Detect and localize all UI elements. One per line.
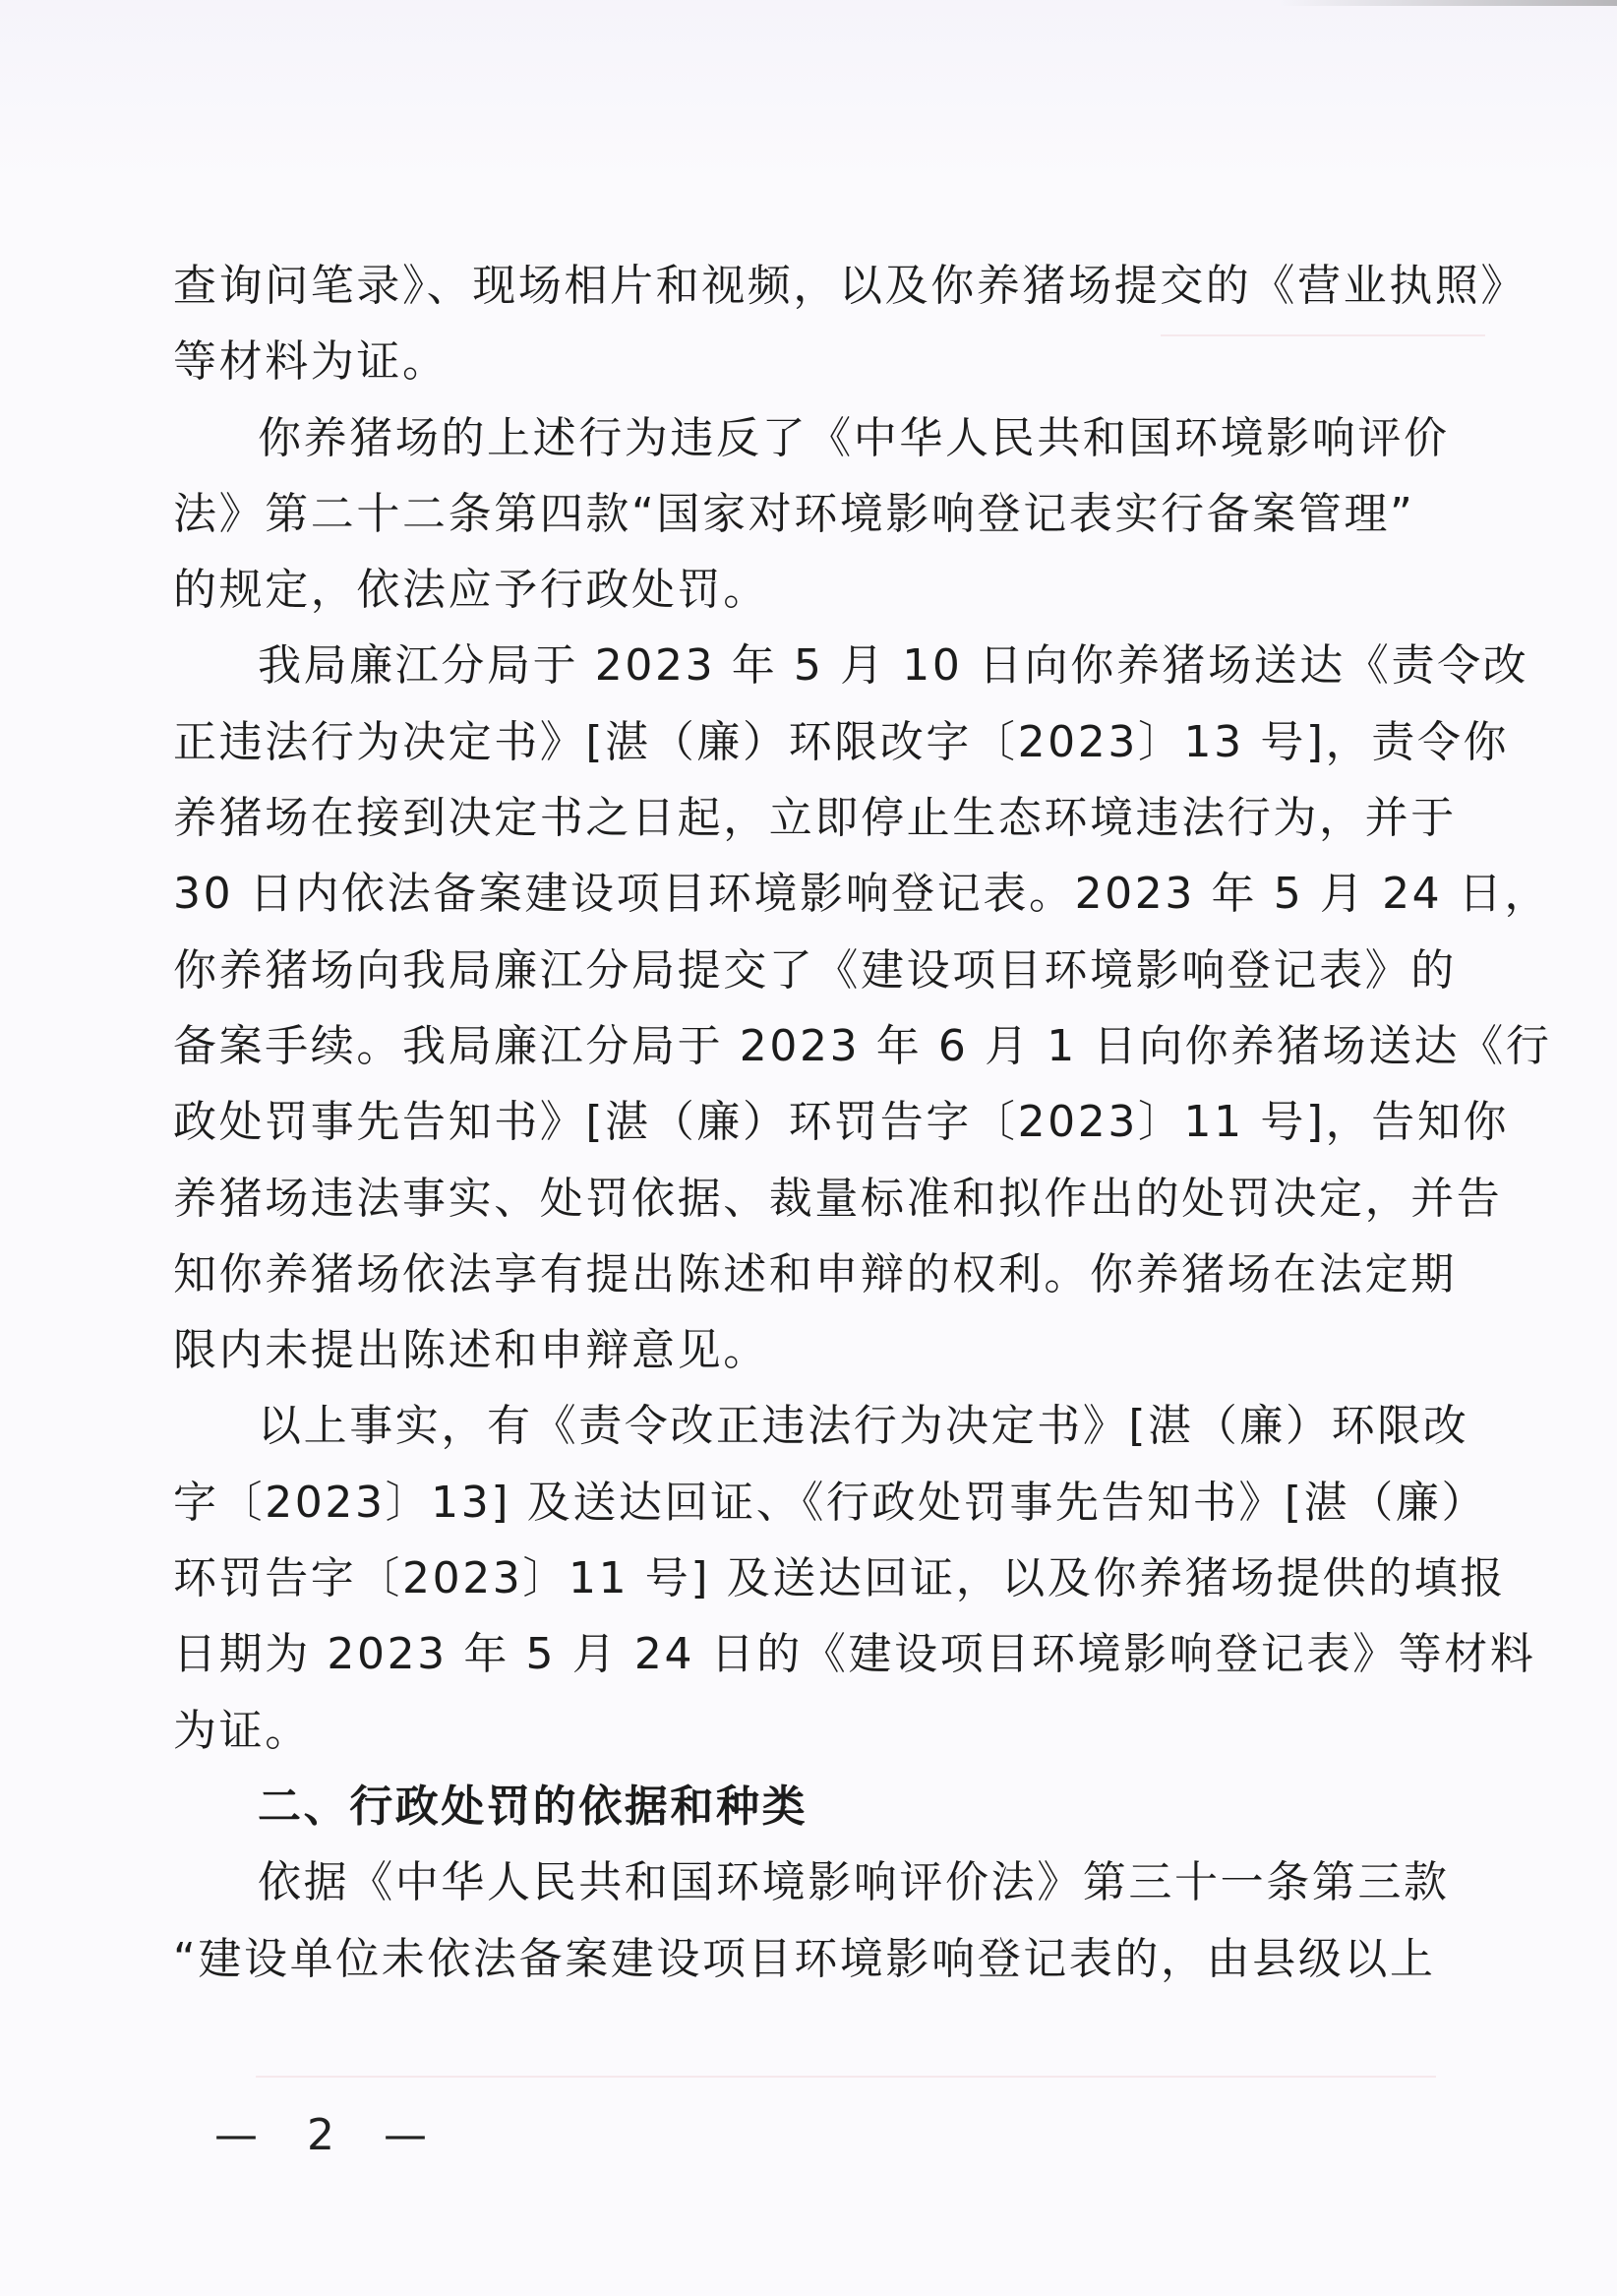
text-line: 为证。 xyxy=(173,1693,1414,1769)
text-line: 知你养猪场依法享有提出陈述和申辩的权利。你养猪场在法定期 xyxy=(173,1237,1414,1312)
text-line: 政处罚事先告知书》[湛（廉）环罚告字〔2023〕11 号]，告知你 xyxy=(173,1084,1414,1160)
text-line: 等材料为证。 xyxy=(173,324,1414,399)
text-line: 日期为 2023 年 5 月 24 日的《建设项目环境影响登记表》等材料 xyxy=(173,1616,1414,1692)
text-line: 养猪场在接到决定书之日起，立即停止生态环境违法行为，并于 xyxy=(173,780,1414,856)
text-line: 的规定，依法应予行政处罚。 xyxy=(173,552,1414,628)
text-line: 你养猪场的上述行为违反了《中华人民共和国环境影响评价 xyxy=(173,400,1414,476)
text-line: 以上事实，有《责令改正违法行为决定书》[湛（廉）环限改 xyxy=(173,1388,1414,1464)
text-line: “建设单位未依法备案建设项目环境影响登记表的，由县级以上 xyxy=(173,1921,1414,1997)
text-line: 备案手续。我局廉江分局于 2023 年 6 月 1 日向你养猪场送达《行 xyxy=(173,1008,1414,1084)
document-page: 查询问笔录》、现场相片和视频，以及你养猪场提交的《营业执照》 等材料为证。 你养… xyxy=(0,0,1617,2296)
text-line: 查询问笔录》、现场相片和视频，以及你养猪场提交的《营业执照》 xyxy=(173,248,1414,324)
text-line: 依据《中华人民共和国环境影响评价法》第三十一条第三款 xyxy=(173,1844,1414,1920)
seal-bleed-mark xyxy=(256,2076,1436,2078)
text-line: 养猪场违法事实、处罚依据、裁量标准和拟作出的处罚决定，并告 xyxy=(173,1161,1414,1237)
text-line: 法》第二十二条第四款“国家对环境影响登记表实行备案管理” xyxy=(173,476,1414,552)
text-line: 正违法行为决定书》[湛（廉）环限改字〔2023〕13 号]，责令你 xyxy=(173,704,1414,780)
scan-edge-shadow xyxy=(1279,0,1617,6)
document-body: 查询问笔录》、现场相片和视频，以及你养猪场提交的《营业执照》 等材料为证。 你养… xyxy=(173,248,1414,1997)
text-line: 我局廉江分局于 2023 年 5 月 10 日向你养猪场送达《责令改 xyxy=(173,628,1414,703)
text-line: 环罚告字〔2023〕11 号] 及送达回证，以及你养猪场提供的填报 xyxy=(173,1541,1414,1616)
page-number: — 2 — xyxy=(214,2110,445,2160)
text-line: 你养猪场向我局廉江分局提交了《建设项目环境影响登记表》的 xyxy=(173,933,1414,1008)
section-heading: 二、行政处罚的依据和种类 xyxy=(173,1769,1414,1844)
text-line: 30 日内依法备案建设项目环境影响登记表。2023 年 5 月 24 日， xyxy=(173,856,1414,932)
text-line: 字〔2023〕13] 及送达回证、《行政处罚事先告知书》[湛（廉） xyxy=(173,1465,1414,1541)
text-line: 限内未提出陈述和申辩意见。 xyxy=(173,1312,1414,1388)
